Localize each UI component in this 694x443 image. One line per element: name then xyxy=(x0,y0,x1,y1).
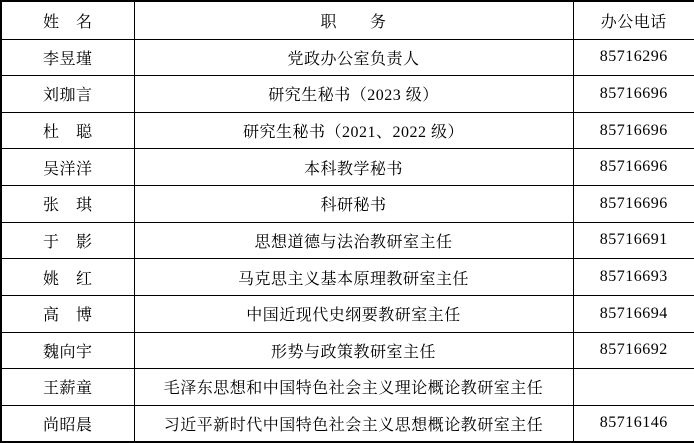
table-row: 于 影 思想道德与法治教研室主任 85716691 xyxy=(1,222,694,259)
phone-cell: 85716146 xyxy=(573,405,694,442)
position-cell: 本科教学秘书 xyxy=(134,149,573,186)
table-row: 魏向宇 形势与政策教研室主任 85716692 xyxy=(1,332,694,369)
name-cell: 尚昭晨 xyxy=(1,405,134,442)
position-cell: 研究生秘书（2023 级） xyxy=(134,76,573,113)
position-cell: 研究生秘书（2021、2022 级） xyxy=(134,112,573,149)
phone-cell: 85716296 xyxy=(573,39,694,76)
position-cell: 马克思主义基本原理教研室主任 xyxy=(134,259,573,296)
table-row: 尚昭晨 习近平新时代中国特色社会主义思想概论教研室主任 85716146 xyxy=(1,405,694,442)
phone-cell: 85716696 xyxy=(573,149,694,186)
position-cell: 党政办公室负责人 xyxy=(134,39,573,76)
phone-cell: 85716696 xyxy=(573,112,694,149)
name-cell: 李昱瑾 xyxy=(1,39,134,76)
table-row: 李昱瑾 党政办公室负责人 85716296 xyxy=(1,39,694,76)
name-cell: 高 博 xyxy=(1,295,134,332)
header-position: 职 务 xyxy=(134,1,573,39)
phone-cell: 85716694 xyxy=(573,295,694,332)
position-cell: 中国近现代史纲要教研室主任 xyxy=(134,295,573,332)
name-cell: 杜 聪 xyxy=(1,112,134,149)
position-cell: 习近平新时代中国特色社会主义思想概论教研室主任 xyxy=(134,405,573,442)
table-row: 姚 红 马克思主义基本原理教研室主任 85716693 xyxy=(1,259,694,296)
name-cell: 王薪童 xyxy=(1,369,134,406)
name-cell: 吴洋洋 xyxy=(1,149,134,186)
name-cell: 于 影 xyxy=(1,222,134,259)
table-header-row: 姓 名 职 务 办公电话 xyxy=(1,1,694,39)
phone-cell: 85716691 xyxy=(573,222,694,259)
name-cell: 刘珈言 xyxy=(1,76,134,113)
table-row: 王薪童 毛泽东思想和中国特色社会主义理论概论教研室主任 xyxy=(1,369,694,406)
phone-cell: 85716696 xyxy=(573,76,694,113)
phone-cell: 85716693 xyxy=(573,259,694,296)
table-row: 杜 聪 研究生秘书（2021、2022 级） 85716696 xyxy=(1,112,694,149)
header-office-phone: 办公电话 xyxy=(573,1,694,39)
table-row: 吴洋洋 本科教学秘书 85716696 xyxy=(1,149,694,186)
name-cell: 魏向宇 xyxy=(1,332,134,369)
name-cell: 姚 红 xyxy=(1,259,134,296)
table-row: 刘珈言 研究生秘书（2023 级） 85716696 xyxy=(1,76,694,113)
position-cell: 毛泽东思想和中国特色社会主义理论概论教研室主任 xyxy=(134,369,573,406)
phone-cell: 85716696 xyxy=(573,186,694,223)
header-name: 姓 名 xyxy=(1,1,134,39)
staff-contact-table: 姓 名 职 务 办公电话 李昱瑾 党政办公室负责人 85716296 刘珈言 研… xyxy=(0,0,694,443)
position-cell: 思想道德与法治教研室主任 xyxy=(134,222,573,259)
name-cell: 张 琪 xyxy=(1,186,134,223)
position-cell: 形势与政策教研室主任 xyxy=(134,332,573,369)
position-cell: 科研秘书 xyxy=(134,186,573,223)
phone-cell xyxy=(573,369,694,406)
phone-cell: 85716692 xyxy=(573,332,694,369)
table-row: 高 博 中国近现代史纲要教研室主任 85716694 xyxy=(1,295,694,332)
table-row: 张 琪 科研秘书 85716696 xyxy=(1,186,694,223)
